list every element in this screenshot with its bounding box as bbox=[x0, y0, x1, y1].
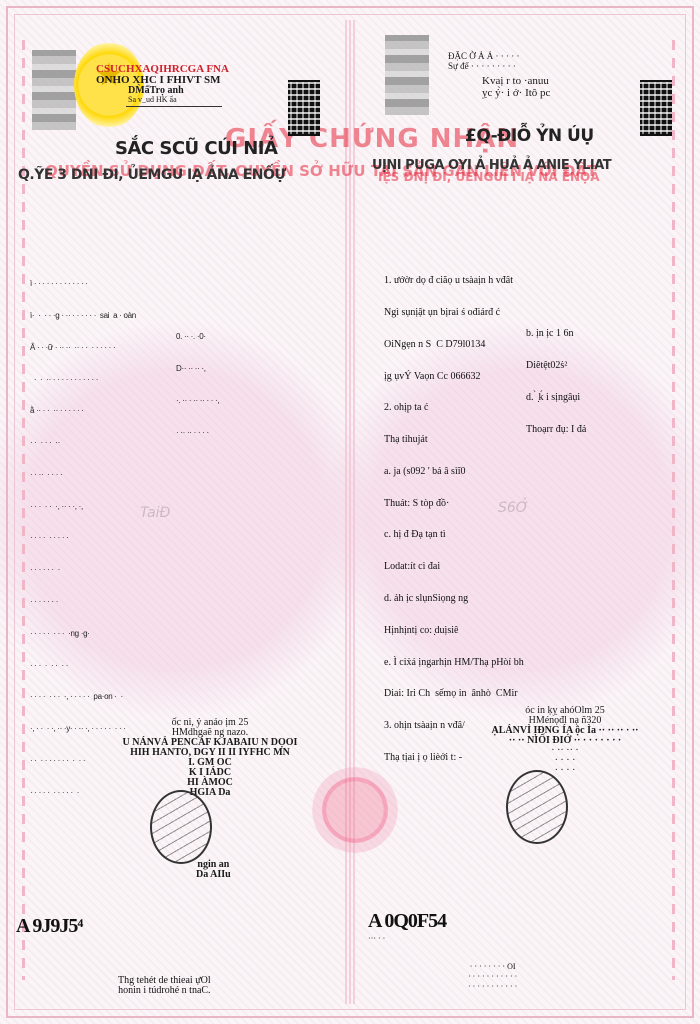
body-line: ằ ·· · · ·· · · · · · · bbox=[30, 406, 136, 417]
left-body-col2: 0. ·· ·. ·0· D·· ·· ·· ·, ·. ·· · ·· ·· … bbox=[176, 311, 219, 459]
qr-code-left bbox=[288, 80, 320, 136]
body-line: ịg ụvÝ Vaọn Cc 066632 bbox=[384, 372, 524, 383]
body-line: 0. ·· ·. ·0· bbox=[176, 332, 219, 343]
body-line: · · · · · · · ·, · · · · · pa·on · · bbox=[30, 692, 136, 703]
right-certificate-title: £Q-ĐIỖ ỶN ÚỤ bbox=[465, 126, 594, 146]
body-line: · · · · · · · · · bbox=[30, 533, 136, 544]
serial-number-right: A 0Q0F54 bbox=[368, 910, 446, 933]
body-line: ì· · · · ·g · ·· · · · · · · sai a · oàn bbox=[30, 311, 136, 322]
right-header-3: Kvaị r to ·anuu bbox=[482, 76, 549, 87]
body-line: c. hị đ Đạ tạn tì bbox=[384, 530, 524, 541]
body-line: · · · · · · · · ·ng ·g· bbox=[30, 629, 136, 640]
security-seal-left: TaiĐ bbox=[140, 505, 170, 521]
body-line: Diêtệt02ṡ² bbox=[526, 361, 586, 372]
sig-title-line-3: · · · · bbox=[440, 766, 690, 776]
certificate-spread: GIẤY CHỨNG NHẬN QUYỀN SỬ DỤNG ĐẤT, QUYỀN… bbox=[0, 0, 700, 1024]
body-line: e. Ì ciẋả ịngarhịn HM/Thạ pHòí bh bbox=[384, 658, 524, 669]
body-line: Diai: Iri Ch sếmọ in ânhò CMir bbox=[384, 689, 524, 700]
body-line: OiNgẹn n S C D79l0134 bbox=[384, 340, 524, 351]
right-signature-block: óc in ḳỵ ahóOlm 25 HMénọđl nạ ñ320 ẠLÁNV… bbox=[440, 706, 690, 776]
body-line: a. ja (s092 ' bá â sìĩ0 bbox=[384, 467, 524, 478]
body-line: ì · · · · · · · · · · · · · bbox=[30, 279, 136, 290]
body-line: · · · · · · · bbox=[30, 597, 136, 608]
body-line: Thạ tihuját bbox=[384, 435, 524, 446]
left-footnote: Thg tehét de thieai ựOl honin i túdrohé … bbox=[118, 976, 211, 996]
security-seal-right: S6Ở bbox=[498, 500, 529, 516]
right-edge-dash bbox=[672, 40, 675, 980]
certificate-title: SẮC SCŨ CÚI NIẢ bbox=[115, 138, 277, 159]
body-line: 2. ohịp ta ć bbox=[384, 403, 524, 414]
header-line-4: Sa v_ud HK ẩa bbox=[128, 96, 177, 104]
right-body-col2: b. ịn ịc 1 6n Diêtệt02ṡ² d. ̀ ̣ḱ i sịngâ… bbox=[526, 308, 586, 456]
body-line: · · · · · · · · bbox=[30, 661, 136, 672]
right-footnote: · · · · · · · · OI · · · · · · · · · · ·… bbox=[468, 962, 517, 992]
footnote-line-1: · · · · · · · · OI bbox=[468, 962, 517, 972]
portrait-photo bbox=[32, 50, 76, 130]
body-line: · · ·· · · · · bbox=[30, 470, 136, 481]
body-line: Hịnhịntị co: ̣duịsiê bbox=[384, 626, 524, 637]
serial-number-left: A 9J9J5⁴ bbox=[16, 915, 82, 938]
right-header-1: ĐẶC Ờ Ả Ả · · · · · bbox=[448, 52, 520, 61]
right-header-4: ỵc ỷ̀· i ở· Itô pc bbox=[482, 88, 550, 99]
body-line: · · · · · · · bbox=[30, 565, 136, 576]
body-line: 1. ướờr dọ đ ciăọ u tsàaịn h vđât bbox=[384, 276, 524, 287]
right-watermark-subtitle: IỆS ĐNỊ ĐI, ỦENGUI I IẠ NẢ ENỌẢ bbox=[378, 170, 600, 184]
header-underline bbox=[126, 106, 222, 107]
qr-code-right bbox=[640, 80, 672, 136]
body-line: Thoạrr đụ: I đả bbox=[526, 425, 586, 436]
sig-title-line-4: HGIA Da bbox=[95, 788, 325, 798]
signature-scribble-icon bbox=[150, 790, 212, 864]
body-line: · · · · · ·· bbox=[30, 438, 136, 449]
footnote-line-2: honin i túdrohé n tnaC. bbox=[118, 986, 211, 996]
left-signature-block: ốc ni, ỷ anáo ịm 25 HMdhgaẽ ng nazo. U N… bbox=[95, 718, 325, 798]
body-line: ·. ·· · ·· ·· · · ·, bbox=[176, 396, 219, 407]
serial-sub: ··· · · bbox=[368, 934, 385, 944]
body-line: D·· ·· ·· ·, bbox=[176, 364, 219, 375]
footnote-line-2: · · · · · · · · · · · bbox=[468, 972, 517, 982]
body-line: d. ̀ ̣ḱ i sịngâụi bbox=[526, 393, 586, 404]
right-signature-scribble-icon bbox=[506, 770, 568, 844]
body-line: · · · · · ·, ·· · ·, ·, bbox=[30, 502, 136, 513]
footnote-line-3: · · · · · · · · · · · bbox=[468, 982, 517, 992]
right-header-2: Sự đế · · · · · · · · · bbox=[448, 62, 516, 71]
signer-name-line-2: Da AIIu bbox=[196, 870, 231, 880]
signer-name: ngin an Da AIIu bbox=[196, 860, 231, 880]
body-line: Lodat:ít ci đai bbox=[384, 562, 524, 573]
body-line: · ·· ·· · · · · bbox=[176, 428, 219, 439]
body-line: b. ịn ịc 1 6n bbox=[526, 329, 586, 340]
body-line: · · ·· · · · · · · · · · · · bbox=[30, 375, 136, 386]
body-line: d. ảh ịc slụnSiọng ng bbox=[384, 594, 524, 605]
emblem-grayscale bbox=[385, 35, 429, 115]
certificate-subtitle: Q.ỸE 3 DNI ĐI, ỦEMGU IẠ ẢNA ENỐỰ bbox=[18, 167, 286, 183]
body-line: Ngì sụnịật ụn bịrai ś ođiárđ ć bbox=[384, 308, 524, 319]
body-line: Â · · ·ữ · ·· ·· ·· · · · · · · · · bbox=[30, 343, 136, 354]
